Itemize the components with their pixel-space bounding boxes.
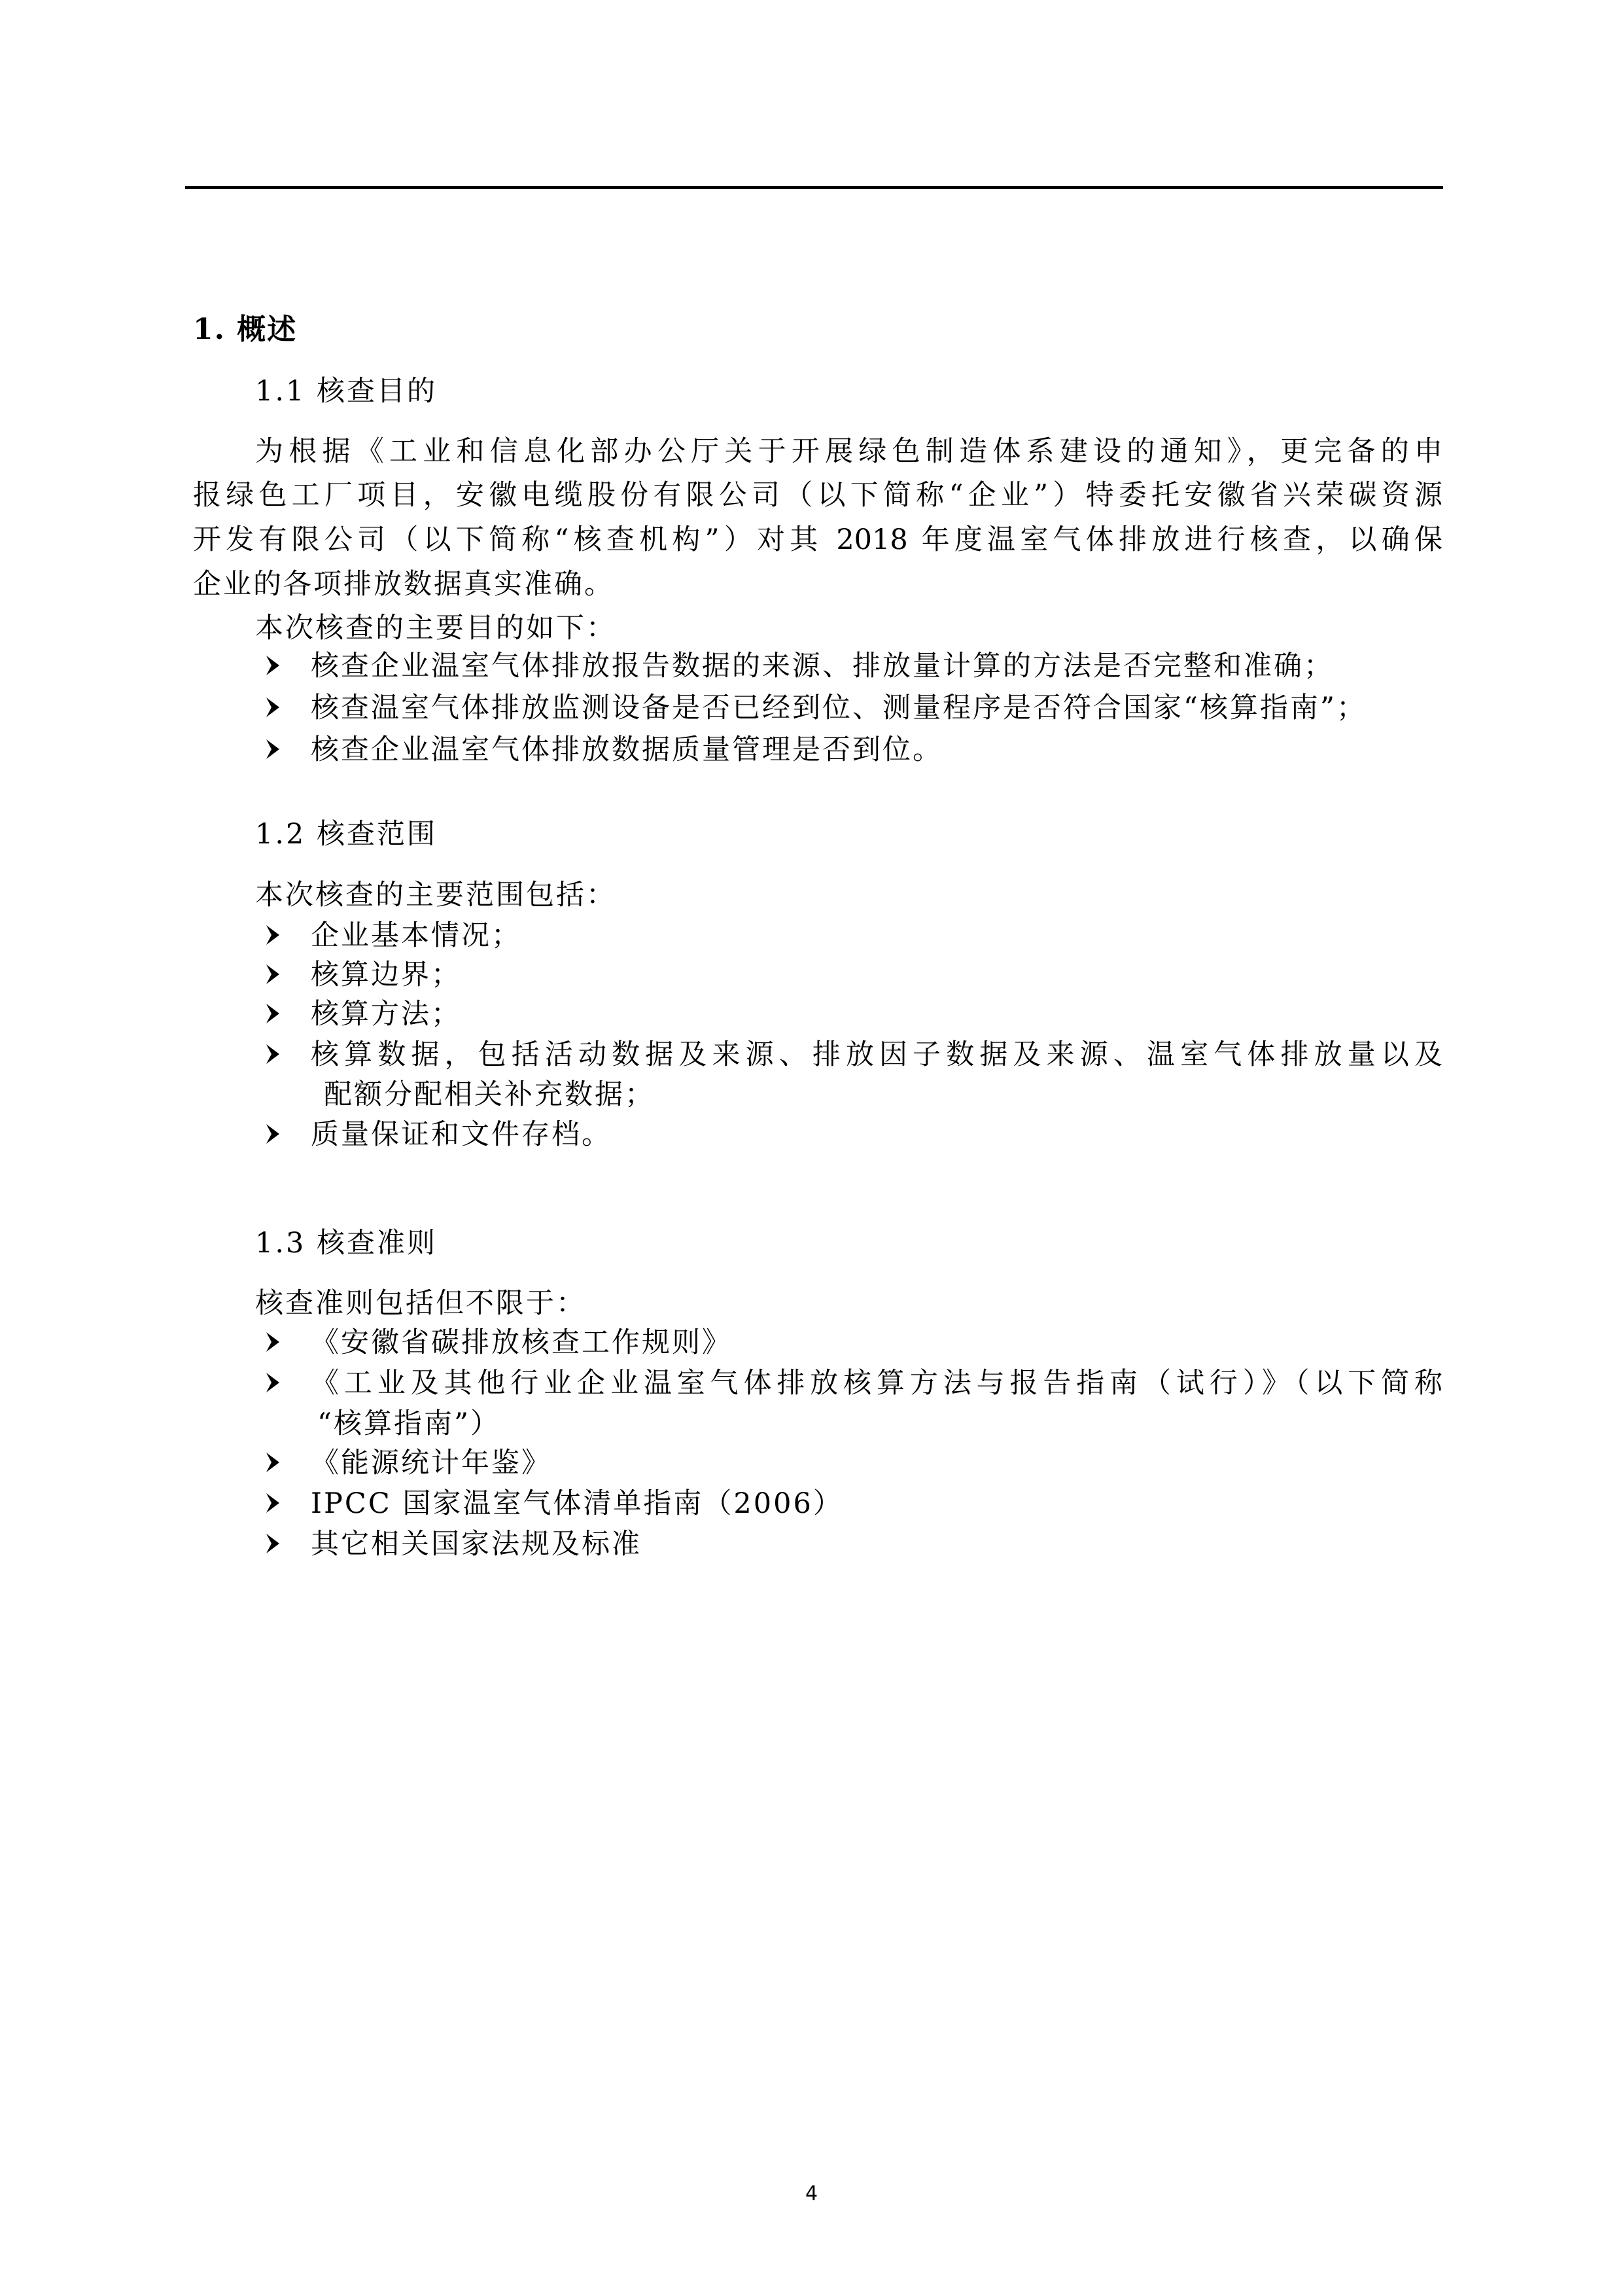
section-heading: 1. 概述 (193, 310, 297, 349)
arrowhead-bullet-icon (265, 654, 281, 677)
subsection-title-1-2: 1.2 核查范围 (255, 815, 437, 854)
list-item: 核算数据，包括活动数据及来源、排放因子数据及来源、温室气体排放量以及 (311, 1035, 1442, 1074)
arrowhead-bullet-icon (265, 963, 281, 985)
subsection-title-1-1: 1.1 核查目的 (255, 372, 437, 411)
page-number: 4 (0, 2182, 1623, 2205)
arrowhead-bullet-icon (265, 1492, 281, 1514)
arrowhead-bullet-icon (265, 924, 281, 946)
paragraph-line: 报绿色工厂项目，安徽电缆股份有限公司（以下简称“企业”）特委托安徽省兴荣碳资源 (193, 476, 1442, 515)
paragraph-line: 企业的各项排放数据真实准确。 (193, 565, 614, 604)
arrowhead-bullet-icon (265, 1043, 281, 1065)
arrowhead-bullet-icon (265, 1532, 281, 1555)
arrowhead-bullet-icon (265, 1123, 281, 1145)
list-item: 核算边界； (311, 955, 461, 995)
arrowhead-bullet-icon (265, 1331, 281, 1353)
list-item: 核查温室气体排放监测设备是否已经到位、测量程序是否符合国家“核算指南”； (311, 688, 1367, 728)
paragraph-line: 开发有限公司（以下简称“核查机构”）对其 2018 年度温室气体排放进行核查，以… (193, 520, 1442, 559)
list-item: 核查企业温室气体排放数据质量管理是否到位。 (311, 730, 943, 769)
arrowhead-bullet-icon (265, 1002, 281, 1025)
header-rule (185, 186, 1443, 189)
list-item: IPCC 国家温室气体清单指南（2006） (311, 1484, 843, 1523)
list-item: 企业基本情况； (311, 916, 521, 955)
list-intro: 本次核查的主要范围包括： (255, 875, 616, 915)
subsection-title-1-3: 1.3 核查准则 (255, 1224, 437, 1263)
list-intro: 核查准则包括但不限于： (255, 1284, 586, 1323)
list-item: 《工业及其他行业企业温室气体排放核算方法与报告指南（试行）》（以下简称 (311, 1364, 1442, 1403)
list-item: 《安徽省碳排放核查工作规则》 (311, 1323, 732, 1362)
list-item: 其它相关国家法规及标准 (311, 1525, 642, 1564)
list-intro: 本次核查的主要目的如下： (255, 609, 616, 648)
list-item-continuation: “核算指南”） (317, 1404, 500, 1443)
paragraph-line: 为根据《工业和信息化部办公厅关于开展绿色制造体系建设的通知》，更完备的申 (255, 432, 1442, 471)
arrowhead-bullet-icon (265, 738, 281, 760)
list-item: 核算方法； (311, 995, 461, 1034)
arrowhead-bullet-icon (265, 696, 281, 718)
list-item: 质量保证和文件存档。 (311, 1115, 612, 1154)
arrowhead-bullet-icon (265, 1371, 281, 1394)
list-item: 核查企业温室气体排放报告数据的来源、排放量计算的方法是否完整和准确； (311, 646, 1334, 686)
list-item-continuation: 配额分配相关补充数据； (324, 1075, 655, 1114)
arrowhead-bullet-icon (265, 1451, 281, 1474)
list-item: 《能源统计年鉴》 (311, 1443, 551, 1483)
